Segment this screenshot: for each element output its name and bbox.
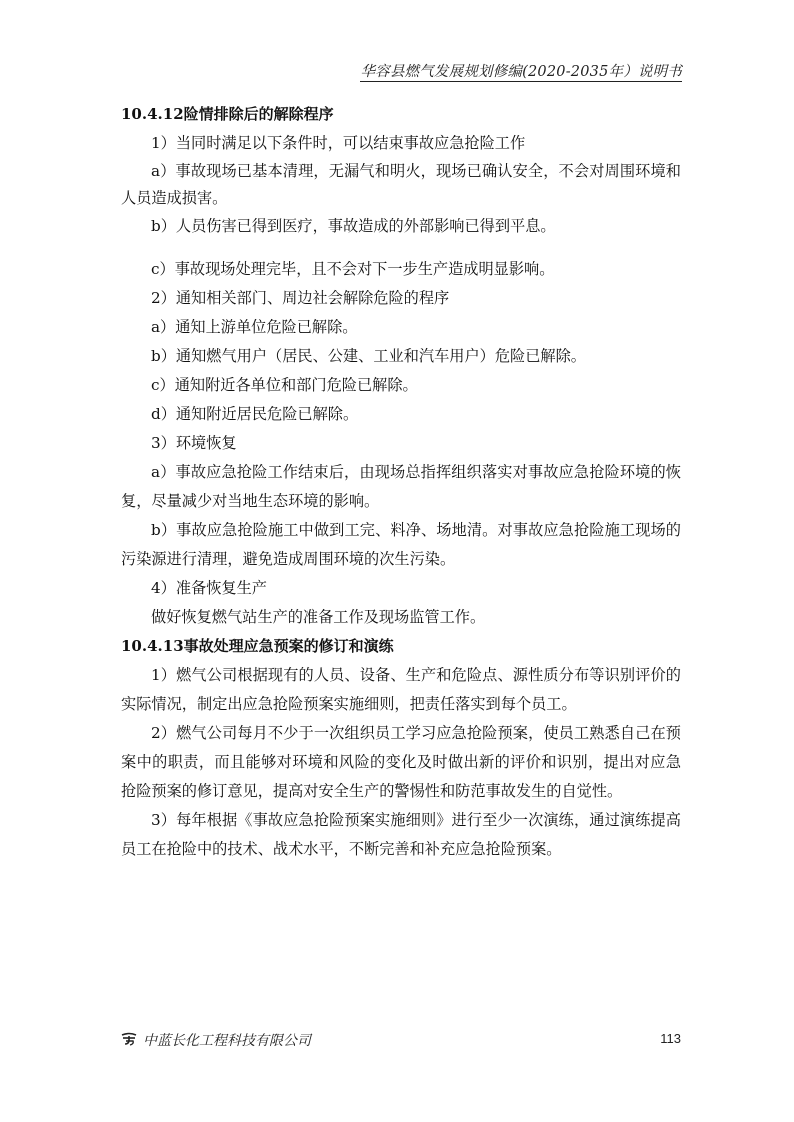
paragraph: 2）通知相关部门、周边社会解除危险的程序	[121, 284, 681, 313]
company-name: 中蓝长化工程科技有限公司	[143, 1030, 311, 1050]
paragraph: a）事故应急抢险工作结束后，由现场总指挥组织落实对事故应急抢险环境的恢复，尽量减…	[121, 458, 681, 516]
paragraph: 做好恢复燃气站生产的准备工作及现场监管工作。	[121, 603, 681, 632]
paragraph: b）事故应急抢险施工中做到工完、料净、场地清。对事故应急抢险施工现场的污染源进行…	[121, 516, 681, 574]
paragraph: c）事故现场处理完毕，且不会对下一步生产造成明显影响。	[121, 255, 681, 284]
page-footer: 中蓝长化工程科技有限公司 113	[121, 1030, 681, 1050]
paragraph: 1）当同时满足以下条件时，可以结束事故应急抢险工作	[121, 129, 681, 158]
document-body: 10.4.12险情排除后的解除程序 1）当同时满足以下条件时，可以结束事故应急抢…	[121, 100, 681, 864]
paragraph: 1）燃气公司根据现有的人员、设备、生产和危险点、源性质分布等识别评价的实际情况，…	[121, 661, 681, 719]
paragraph: 4）准备恢复生产	[121, 574, 681, 603]
page-number: 113	[660, 1031, 681, 1046]
paragraph: 3）环境恢复	[121, 429, 681, 458]
section-heading: 10.4.13事故处理应急预案的修订和演练	[121, 632, 681, 661]
paragraph: a）事故现场已基本清理，无漏气和明火，现场已确认安全，不会对周围环境和人员造成损…	[121, 158, 681, 212]
paragraph: b）人员伤害已得到医疗，事故造成的外部影响已得到平息。	[121, 212, 681, 241]
paragraph: 3）每年根据《事故应急抢险预案实施细则》进行至少一次演练，通过演练提高员工在抢险…	[121, 806, 681, 864]
page-header: 华容县燃气发展规划修编(2020-2035年）说明书	[360, 60, 682, 81]
company-logo-icon	[121, 1031, 137, 1045]
paragraph: a）通知上游单位危险已解除。	[121, 313, 681, 342]
document-title: 华容县燃气发展规划修编(2020-2035年）说明书	[360, 64, 682, 82]
paragraph: b）通知燃气用户（居民、公建、工业和汽车用户）危险已解除。	[121, 342, 681, 371]
paragraph: d）通知附近居民危险已解除。	[121, 400, 681, 429]
section-heading: 10.4.12险情排除后的解除程序	[121, 100, 681, 129]
paragraph: 2）燃气公司每月不少于一次组织员工学习应急抢险预案，使员工熟悉自己在预案中的职责…	[121, 719, 681, 806]
paragraph: c）通知附近各单位和部门危险已解除。	[121, 371, 681, 400]
